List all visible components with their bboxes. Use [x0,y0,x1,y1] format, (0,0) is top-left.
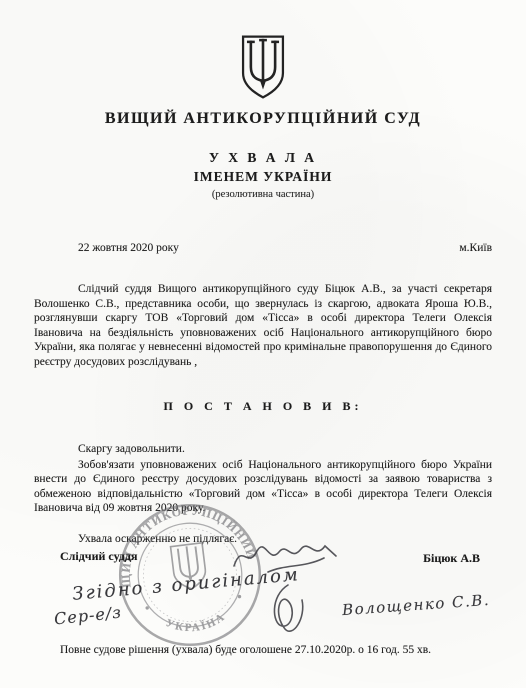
resolution-heading: П О С Т А Н О В И В: [0,399,526,414]
judge-name: Біцюк А.В [423,551,480,566]
judge-label: Слідчий суддя [60,549,137,564]
appeal-note: Ухвала оскарженню не підлягає. [34,532,492,547]
ukraine-coat-of-arms-icon [237,34,289,100]
secretary-signature: Волощенко С.В. [342,591,491,619]
emblem-container [0,0,526,100]
date-place-row: 22 жовтня 2020 року м.Київ [0,242,526,254]
court-decree-page: ВИЩИЙ АНТИКОРУПЦІЙНИЙ СУД У Х В А Л А ІМ… [0,0,526,688]
court-name: ВИЩИЙ АНТИКОРУПЦІЙНИЙ СУД [0,110,526,128]
stamp-bottom-text: УКРАЇНА [163,610,230,638]
reference-handwriting: Сер-е/з [53,603,123,629]
decree-date: 22 жовтня 2020 року [78,242,179,254]
decree-note: (резолютивна частина) [0,189,526,200]
resolution-item-2: Зобов'язати уповноважених осіб Національ… [34,458,492,516]
resolution-item-1: Скаргу задовольнити. [34,442,492,457]
intro-paragraph: Слідчий суддя Вищого антикорупційного су… [34,282,492,369]
decree-subtitle: ІМЕНЕМ УКРАЇНИ [0,169,526,185]
certified-copy-handwriting: Згідно з оригіналом [72,564,301,605]
secretary-flourish-icon [258,580,312,636]
decree-title: У Х В А Л А [0,150,526,166]
decree-city: м.Київ [459,242,492,254]
svg-text:УКРАЇНА: УКРАЇНА [163,610,230,638]
footer-note: Повне судове рішення (ухвала) буде оголо… [60,644,431,656]
